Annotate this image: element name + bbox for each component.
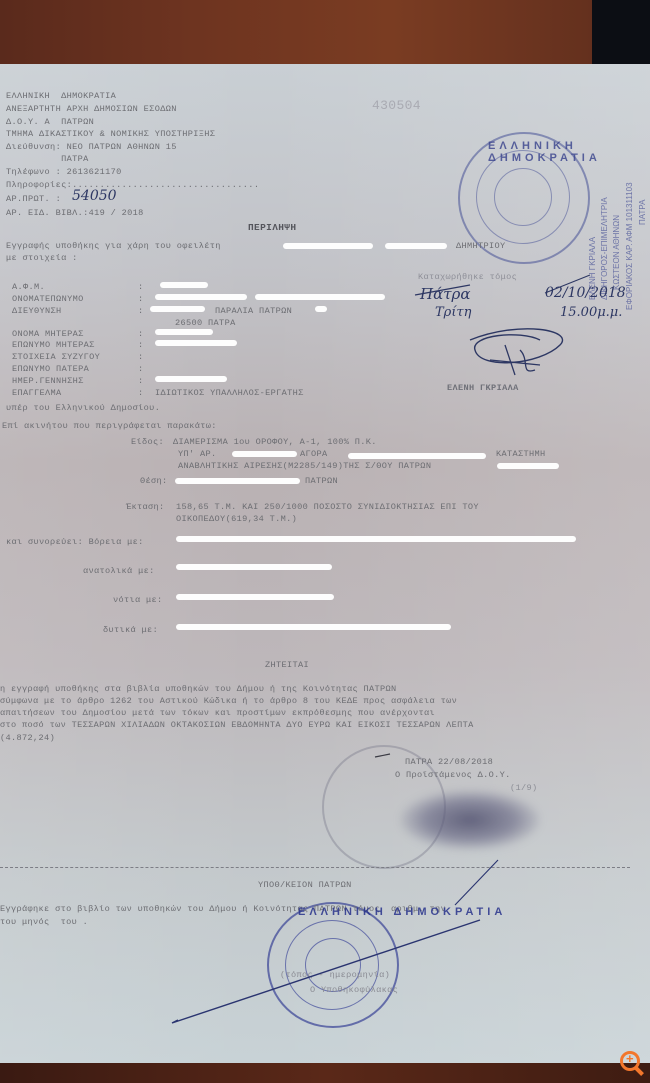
- property-type-line: ΑΝΑΒΛΗΤΙΚΗΣ ΑΙΡΕΣΗΣ(Μ2285/149)ΤΗΣ Σ/ΘΟΥ …: [178, 461, 431, 471]
- request-line: στο ποσό των ΤΕΣΣΑΡΩΝ ΧΙΛΙΑΔΩΝ ΟΚΤΑΚΟΣΙΩ…: [0, 720, 474, 730]
- seal-text: ΕΛΛΗΝΙΚΗ ΔΗΜΟΚΡΑΤΙΑ: [488, 140, 650, 164]
- field-label: ΟΝΟΜΑΤΕΠΩΝΥΜΟ: [12, 294, 84, 304]
- header-line: Δ.Ο.Υ. Α ΠΑΤΡΩΝ: [6, 117, 94, 127]
- redaction: [176, 624, 451, 630]
- redaction: [155, 329, 213, 335]
- property-area-line: ΟΙΚΟΠΕΔΟΥ(619,34 Τ.Μ.): [176, 514, 297, 524]
- handwritten-date: 02/10/2018: [545, 285, 626, 301]
- request-line: η εγγραφή υποθήκης στα βιβλία υποθηκών τ…: [0, 684, 397, 694]
- protocol-label: ΑΡ.ΠΡΩΤ. :: [6, 194, 61, 204]
- handwritten-place: Πάτρα: [420, 285, 470, 303]
- field-value: 26500 ΠΑΤΡΑ: [175, 318, 236, 328]
- field-colon: :: [138, 352, 144, 362]
- intro-line: Εγγραφής υποθήκης για χάρη του οφειλέτη: [6, 241, 221, 251]
- request-amount: (4.872,24): [0, 733, 55, 743]
- field-colon: :: [138, 364, 144, 374]
- background-dark-corner: [592, 0, 650, 70]
- property-location-label: Θέση:: [140, 476, 168, 486]
- redaction: [155, 340, 237, 346]
- border-north-label: και συνορεύει: Βόρεια με:: [6, 537, 144, 547]
- redaction: [175, 478, 300, 484]
- header-line: ΑΝΕΞΑΡΤΗΤΗ ΑΡΧΗ ΔΗΜΟΣΙΩΝ ΕΣΟΔΩΝ: [6, 104, 177, 114]
- stamped-number: 430504: [372, 98, 421, 113]
- registry-line: του μηνός του .: [0, 917, 88, 927]
- header-phone: Τηλέφωνο : 2613621170: [6, 167, 122, 177]
- intro-name-tail: ΔΗΜΗΤΡΙΟΥ: [456, 241, 506, 251]
- field-colon: :: [138, 388, 144, 398]
- redaction: [160, 282, 208, 288]
- field-colon: :: [138, 282, 144, 292]
- redaction: [150, 306, 205, 312]
- protocol-number-handwritten: 54050: [72, 188, 117, 204]
- border-east-label: ανατολικά με:: [83, 566, 155, 576]
- intro-line: με στοιχεία :: [6, 253, 78, 263]
- property-type-label: Είδος:: [131, 437, 164, 447]
- request-title: ΖΗΤΕΙΤΑΙ: [265, 660, 309, 670]
- field-label: ΕΠΑΓΓΕΛΜΑ: [12, 388, 62, 398]
- property-intro: Επί ακινήτου που περιγράφεται παρακάτω:: [2, 421, 217, 431]
- section-divider: [0, 867, 630, 868]
- handwritten-day: Τρίτη: [435, 305, 471, 320]
- redaction: [283, 243, 373, 249]
- field-value: ΠΑΡΑΛΙΑ ΠΑΤΡΩΝ: [215, 306, 292, 316]
- registry-sign-officer: Ο Υποθηκοφύλακας: [310, 985, 398, 995]
- field-label: ΔΙΕΥΘΥΝΣΗ: [12, 306, 62, 316]
- property-location-tail: ΠΑΤΡΩΝ: [305, 476, 338, 486]
- redaction: [315, 306, 327, 312]
- field-label: Α.Φ.Μ.: [12, 282, 45, 292]
- field-colon: :: [138, 376, 144, 386]
- redaction: [176, 536, 576, 542]
- redaction: [255, 294, 385, 300]
- field-label: ΕΠΩΝΥΜΟ ΜΗΤΕΡΑΣ: [12, 340, 95, 350]
- lawyer-stamp-line: ΚΩΣΤΕΟΝ ΑΘΗΝΩΝ: [612, 215, 621, 290]
- redaction: [348, 453, 486, 459]
- lawyer-stamp-line: ΕΦΟΡΙΑΚΟΣ ΚΑΡ. ΑΦΜ 101311103: [625, 182, 634, 310]
- field-colon: :: [138, 329, 144, 339]
- border-west-label: δυτικά με:: [103, 625, 158, 635]
- bottom-seal-text: ΕΛΛΗΝΙΚΗ ΔΗΜΟΚΡΑΤΙΑ: [298, 906, 506, 918]
- request-line: σύμφωνα με το άρθρο 1262 του Αστικού Κώδ…: [0, 696, 457, 706]
- border-south-label: νότια με:: [113, 595, 163, 605]
- field-value: ΙΔΙΩΤΙΚΟΣ ΥΠΑΛΛΗΛΟΣ-ΕΡΓΑΤΗΣ: [155, 388, 304, 398]
- request-line: απαιτήσεων του Δημοσίου μετά των τόκων κ…: [0, 708, 435, 718]
- registry-title: ΥΠΟΘ/ΚΕΙΟΝ ΠΑΤΡΩΝ: [258, 880, 352, 890]
- header-line: ΕΛΛΗΝΙΚΗ ΔΗΜΟΚΡΑΤΙΑ: [6, 91, 116, 101]
- redaction: [176, 564, 332, 570]
- registry-sign-place: (τόπος - ημερομηνία): [280, 970, 390, 980]
- field-colon: :: [138, 340, 144, 350]
- background-wood: [0, 1063, 650, 1083]
- redaction: [155, 294, 247, 300]
- header-info: Πληροφορίες:............................…: [6, 180, 259, 190]
- received-label: Καταχωρήθηκε τόμος: [418, 272, 517, 282]
- field-label: ΟΝΟΜΑ ΜΗΤΕΡΑΣ: [12, 329, 84, 339]
- beneficiary: υπέρ του Ελληνικού Δημοσίου.: [6, 403, 160, 413]
- field-colon: :: [138, 306, 144, 316]
- officer-name: ΕΛΕΝΗ ΓΚΡΙΑΛΑ: [447, 383, 519, 393]
- blurred-signature: [400, 790, 540, 850]
- property-type-line: ΥΠ' ΑΡ.: [178, 449, 217, 459]
- signoff-place-date: ΠΑΤΡΑ 22/08/2018: [405, 757, 493, 767]
- field-colon: :: [138, 294, 144, 304]
- field-label: ΕΠΩΝΥΜΟ ΠΑΤΕΡΑ: [12, 364, 89, 374]
- field-label: ΣΤΟΙΧΕΙΑ ΣΥΖΥΓΟΥ: [12, 352, 100, 362]
- zoom-in-icon[interactable]: [620, 1051, 640, 1071]
- property-area-label: Έκταση:: [126, 502, 165, 512]
- lawyer-stamp-line: ΠΑΤΡΑ: [638, 200, 647, 225]
- property-area-line: 158,65 Τ.Μ. ΚΑΙ 250/1000 ΠΟΣΟΣΤΟ ΣΥΝΙΔΙΟ…: [176, 502, 479, 512]
- bottom-seal-stamp: [267, 902, 399, 1028]
- handwritten-time: 15.00μ.μ.: [560, 305, 622, 320]
- field-label: ΗΜΕΡ.ΓΕΝΝΗΣΗΣ: [12, 376, 84, 386]
- header-line: Διεύθυνση: ΝΕΟ ΠΑΤΡΩΝ ΑΘΗΝΩΝ 15: [6, 142, 177, 152]
- property-type-line: ΚΑΤΑΣΤΗΜΗ: [496, 449, 546, 459]
- document-title: ΠΕΡΙΛΗΨΗ: [248, 222, 296, 233]
- redaction: [497, 463, 559, 469]
- header-line: ΠΑΤΡΑ: [6, 154, 89, 164]
- signoff-role: Ο Προϊστάμενος Δ.Ο.Υ.: [395, 770, 511, 780]
- redaction: [232, 451, 297, 457]
- signoff-extra: (1/9): [510, 783, 538, 793]
- property-type-line: ΑΓΟΡΑ: [300, 449, 328, 459]
- header-line: ΤΜΗΜΑ ΔΙΚΑΣΤΙΚΟΥ & ΝΟΜΙΚΗΣ ΥΠΟΣΤΗΡΙΞΗΣ: [6, 129, 215, 139]
- special-book-number: ΑΡ. ΕΙΔ. ΒΙΒΛ.:419 / 2018: [6, 208, 144, 218]
- redaction: [385, 243, 447, 249]
- redaction: [176, 594, 334, 600]
- property-type-line: ΔΙΑΜΕΡΙΣΜΑ 1ου ΟΡΟΦΟΥ, Α-1, 100% Π.Κ.: [173, 437, 377, 447]
- redaction: [155, 376, 227, 382]
